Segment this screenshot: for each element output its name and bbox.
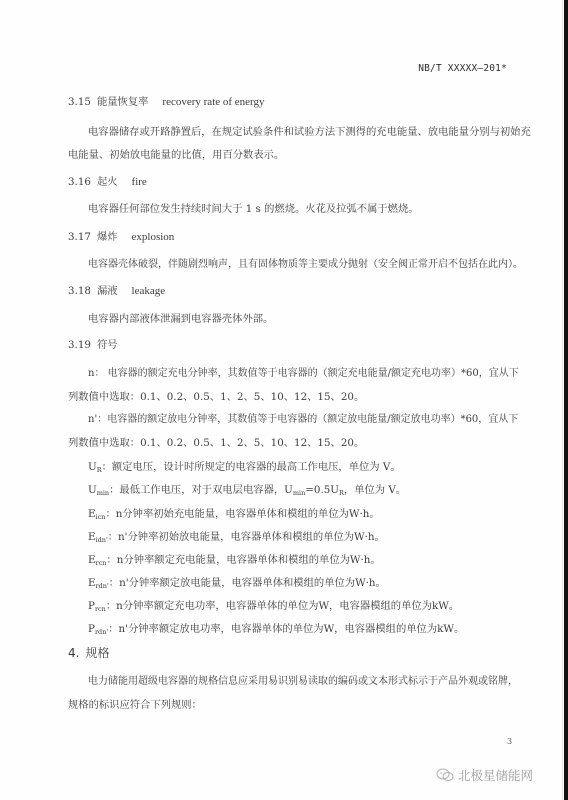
symbol-subscript: rdn' [95, 628, 108, 636]
separator: ： [109, 484, 119, 496]
symbol-description: n'分钟率额定放电能量，电容器单体和模组的单位为W·h。 [119, 577, 386, 589]
symbol: n' [88, 414, 97, 425]
watermark: 北极星储能网 [436, 766, 533, 784]
paragraph-line: 电容器内部液体泄漏到电容器壳体外部。 [88, 312, 273, 326]
symbol-definition-ercn: Ercn：n分钟率额定充电能量，电容器单体和模组的单位为W·h。 [88, 553, 381, 570]
term-heading-3-19: 3.19符号 [68, 338, 132, 352]
symbol-definition-eidn: Eidn'：n'分钟率初始放电能量，电容器单体和模组的单位为W·h。 [88, 530, 385, 547]
separator: ： [102, 461, 112, 473]
symbol: U [88, 461, 97, 473]
symbol-definition-prdn: Prdn'：n'分钟率额定放电功率，电容器单体的单位为W，电容器模组的单位为kW… [88, 622, 464, 639]
paragraph-line: 电容器任何部位发生持续时间大于 1 s 的燃烧。火花及拉弧不属于燃烧。 [88, 202, 419, 216]
symbol-description-end: ，单位为 V。 [344, 484, 406, 496]
paragraph-line: 列数值中选取：0.1、0.2、0.5、1、2、5、10、12、15、20。 [68, 436, 364, 450]
paragraph-line: 电容器壳体破裂，伴随剧烈响声，且有固体物质等主要成分抛射（安全阀正常开启不包括在… [88, 258, 523, 272]
term-number: 3.16 [68, 176, 91, 188]
symbol-subscript: rcn [95, 605, 106, 613]
term-title-cn: 起火 [97, 176, 118, 188]
separator: ： [106, 554, 116, 566]
symbol-definition-eicn: Eicn：n分钟率初始充电能量，电容器单体和模组的单位为W·h。 [88, 507, 380, 524]
paragraph-line: 电容器储存或开路静置后，在规定试验条件和试验方法下测得的充电能量、放电能量分别与… [88, 125, 531, 139]
term-title-cn: 能量恢复率 [97, 96, 148, 108]
paragraph-line: 规格的标识应符合下列规则： [68, 698, 202, 712]
symbol-description: 电容器的额定放电分钟率，其数值等于电容器的（额定放电能量/额定放电功率）*60，… [107, 414, 518, 425]
symbol-definition-erdn: Erdn'：n'分钟率额定放电能量，电容器单体和模组的单位为W·h。 [88, 576, 386, 593]
symbol-description: 最低工作电压，对于双电层电容器，U [119, 484, 292, 496]
term-title-en: leakage [132, 285, 166, 297]
term-number: 3.17 [68, 231, 91, 243]
separator: ： [106, 600, 116, 612]
page-number: 3 [507, 737, 512, 746]
symbol: E [88, 531, 96, 543]
symbol-description: n分钟率额定充电功率，电容器单体的单位为W，电容器模组的单位为kW。 [116, 600, 459, 612]
symbol-subscript: idn' [96, 536, 108, 544]
term-heading-3-17: 3.17爆炸explosion [68, 230, 174, 244]
symbol-definition-n: n： 电容器的额定充电分钟率，其数值等于电容器的（额定充电能量/额定充电功率）*… [88, 367, 519, 381]
term-title-en: recovery rate of energy [162, 96, 264, 108]
symbol-definition-n-prime: n'：电容器的额定放电分钟率，其数值等于电容器的（额定放电能量/额定放电功率）*… [88, 413, 518, 427]
paragraph-line: 列数值中选取：0.1、0.2、0.5、1、2、5、10、12、15、20。 [68, 390, 364, 404]
symbol: E [88, 577, 96, 589]
term-heading-3-16: 3.16起火fire [68, 175, 147, 189]
symbol: U [88, 484, 97, 496]
page-edge-border [564, 0, 568, 800]
chapter-heading-4: 4.规格 [68, 646, 109, 660]
symbol-description: 电容器的额定充电分钟率，其数值等于电容器的（额定充电能量/额定充电功率）*60，… [108, 368, 519, 379]
symbol-description: n分钟率初始充电能量，电容器单体和模组的单位为W·h。 [116, 508, 380, 520]
symbol-description: n分钟率额定充电能量，电容器单体和模组的单位为W·h。 [117, 554, 381, 566]
separator: ： [97, 414, 107, 425]
term-title-cn: 符号 [97, 339, 118, 351]
separator: ： [109, 577, 119, 589]
term-number: 3.18 [68, 285, 91, 297]
symbol-definition-prcn: Prcn：n分钟率额定充电功率，电容器单体的单位为W，电容器模组的单位为kW。 [88, 599, 459, 616]
symbol-definition-ur: UR：额定电压，设计时所规定的电容器的最高工作电压，单位为 V。 [88, 460, 401, 477]
symbol-subscript: rcn [96, 559, 107, 567]
separator: ： [105, 508, 115, 520]
separator: ： [108, 623, 118, 635]
symbol-subscript: min [293, 489, 305, 497]
term-title-en: explosion [132, 231, 175, 243]
formula: =0.5U [305, 484, 339, 496]
paragraph-line: 电能量、初始放电能量的比值，用百分数表示。 [68, 148, 284, 162]
paragraph-line: 电力储能用超级电容器的规格信息应采用易识别易读取的编码或文本形式标示于产品外观或… [88, 675, 518, 689]
term-number: 3.19 [68, 339, 91, 351]
symbol-description: n'分钟率初始放电能量，电容器单体和模组的单位为W·h。 [118, 531, 385, 543]
symbol-subscript: icn [96, 513, 106, 521]
document-page: NB/T XXXXX—201* 3.15能量恢复率recovery rate o… [0, 0, 563, 800]
term-title-en: fire [132, 176, 147, 188]
term-title-cn: 爆炸 [97, 231, 118, 243]
separator: ： [94, 368, 104, 379]
symbol-definition-umin: Umin：最低工作电压，对于双电层电容器，Umin=0.5UR，单位为 V。 [88, 483, 406, 500]
term-heading-3-18: 3.18漏液leakage [68, 284, 165, 298]
symbol-subscript: min [97, 489, 109, 497]
symbol: E [88, 508, 96, 520]
symbol-description: 额定电压，设计时所规定的电容器的最高工作电压，单位为 V。 [112, 461, 401, 473]
standard-number-header: NB/T XXXXX—201* [418, 63, 507, 74]
separator: ： [108, 531, 118, 543]
symbol: E [88, 554, 96, 566]
watermark-text: 北极星储能网 [458, 766, 533, 784]
term-title-cn: 漏液 [97, 285, 118, 297]
term-heading-3-15: 3.15能量恢复率recovery rate of energy [68, 95, 265, 109]
chapter-number: 4. [68, 646, 79, 660]
symbol: P [88, 600, 95, 612]
term-number: 3.15 [68, 96, 91, 108]
symbol-description: n'分钟率额定放电功率，电容器单体的单位为W，电容器模组的单位为kW。 [118, 623, 464, 635]
wechat-icon [436, 768, 454, 782]
symbol-subscript: rdn' [96, 582, 109, 590]
symbol: P [88, 623, 95, 635]
chapter-title: 规格 [85, 646, 109, 660]
